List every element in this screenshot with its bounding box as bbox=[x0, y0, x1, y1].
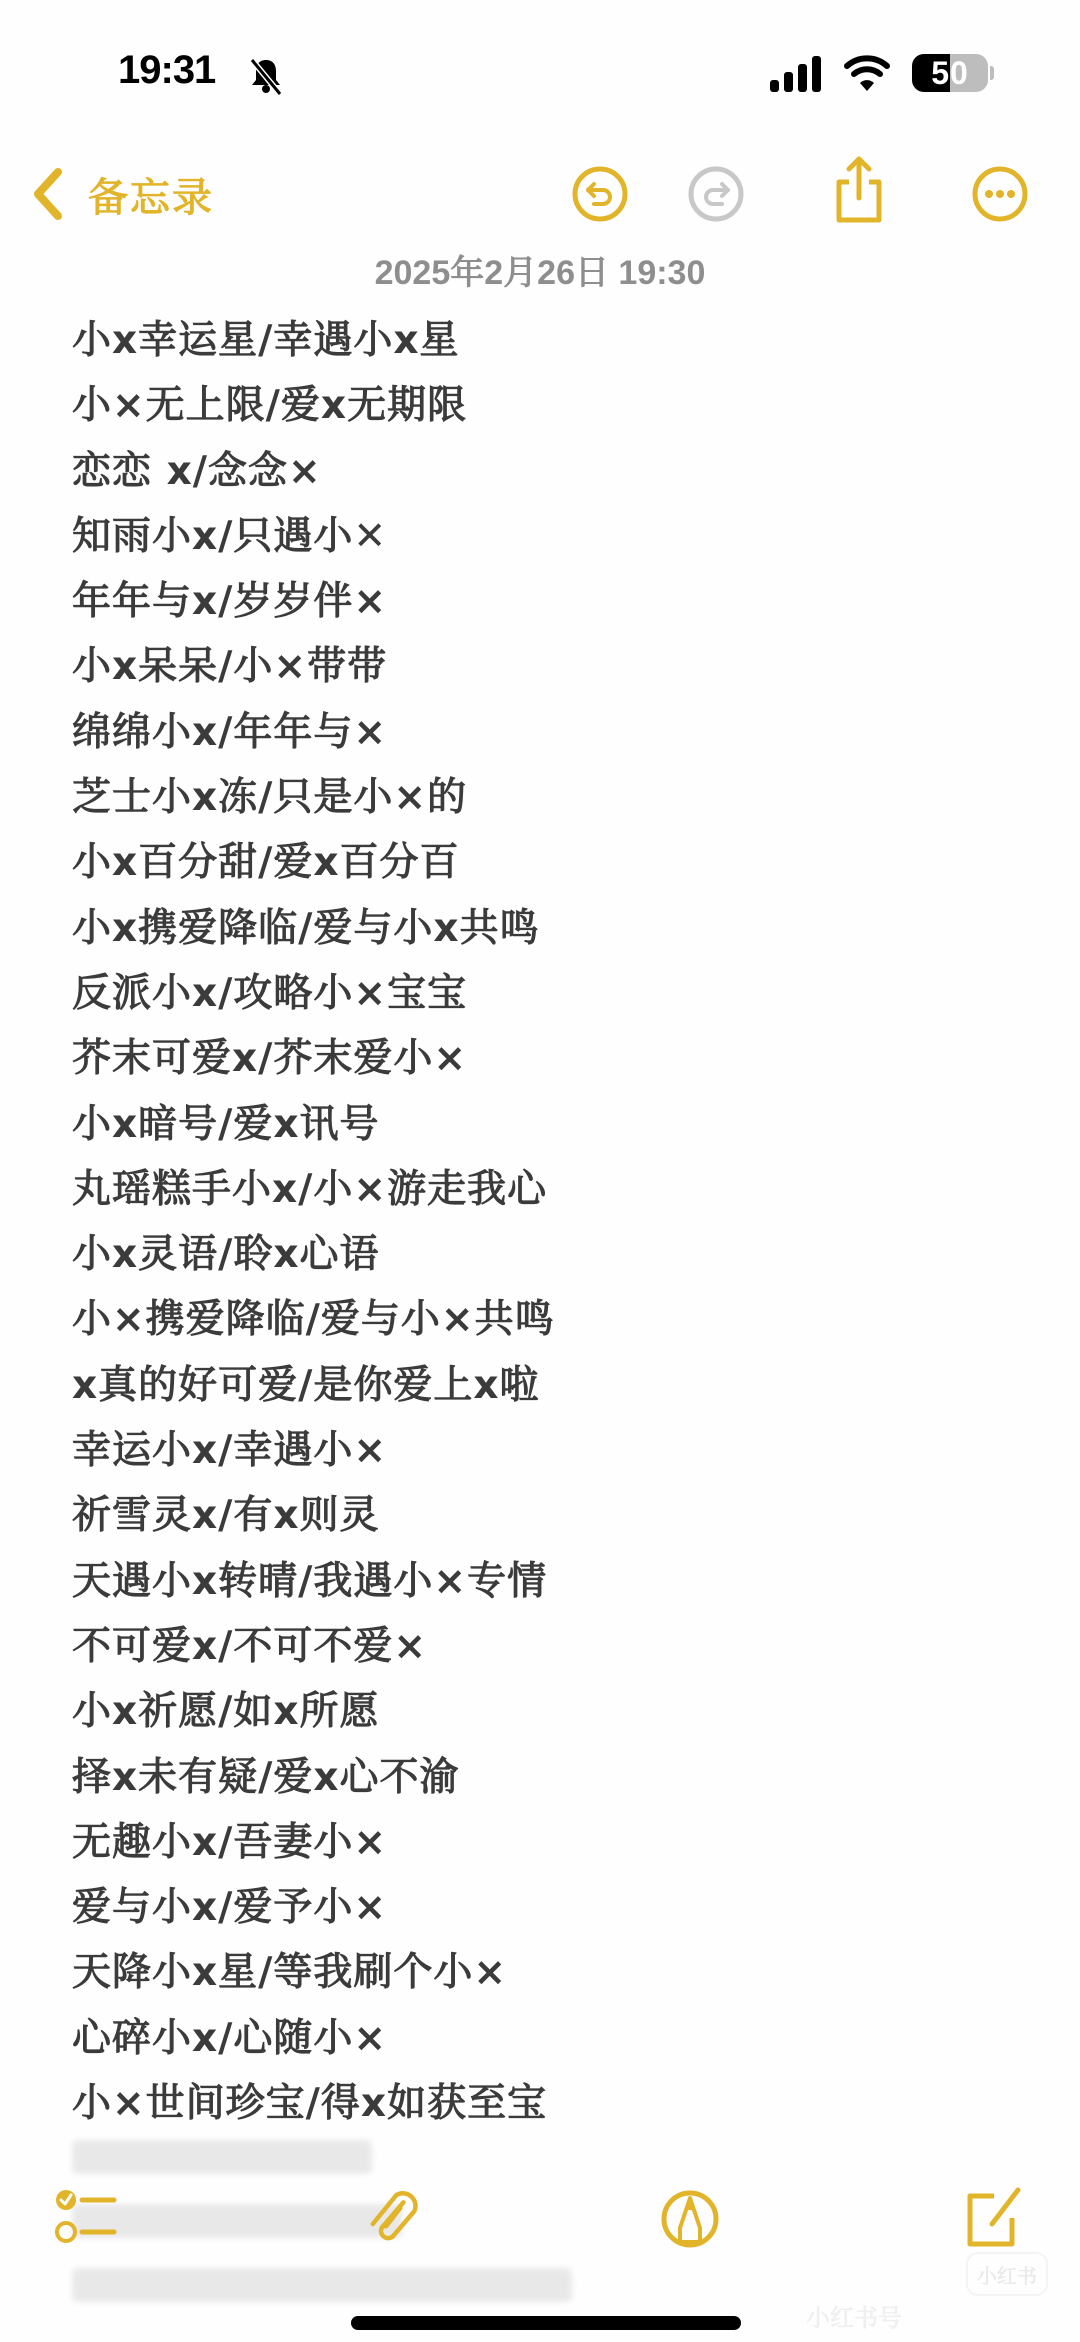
bell-slash-icon bbox=[246, 56, 286, 96]
note-line: 小x幸运星/幸遇小x星 bbox=[72, 310, 1032, 375]
share-icon[interactable] bbox=[829, 154, 889, 226]
note-line: 恋恋 x/念念× bbox=[72, 441, 1032, 506]
status-bar: 19:31 50 bbox=[0, 0, 1080, 130]
note-line: 绵绵小x/年年与× bbox=[72, 702, 1032, 767]
note-line: 天遇小x转晴/我遇小×专情 bbox=[72, 1551, 1032, 1616]
status-time: 19:31 bbox=[118, 48, 215, 93]
note-line: 小x百分甜/爱x百分百 bbox=[72, 832, 1032, 897]
faded-line bbox=[72, 2140, 372, 2174]
bottom-toolbar bbox=[0, 2170, 1080, 2270]
note-line: 无趣小x/吾妻小× bbox=[72, 1812, 1032, 1877]
notes-screen: 19:31 50 备忘录 bbox=[0, 0, 1080, 2342]
compose-icon[interactable] bbox=[956, 2184, 1026, 2254]
cellular-signal-icon bbox=[770, 54, 826, 94]
battery-percent: 50 bbox=[912, 54, 988, 92]
note-line: 小×携爱降临/爱与小×共鸣 bbox=[72, 1289, 1032, 1354]
note-line: 芥末可爱x/芥末爱小× bbox=[72, 1028, 1032, 1093]
note-line: 芝士小x冻/只是小×的 bbox=[72, 767, 1032, 832]
note-line: 幸运小x/幸遇小× bbox=[72, 1420, 1032, 1485]
note-line: 丸瑶糕手小x/小×游走我心 bbox=[72, 1159, 1032, 1224]
note-date: 2025年2月26日 19:30 bbox=[0, 245, 1080, 294]
battery-indicator: 50 bbox=[912, 54, 988, 92]
note-line: 知雨小x/只遇小✕ bbox=[72, 506, 1032, 571]
note-line: 祈雪灵x/有x则灵 bbox=[72, 1485, 1032, 1550]
note-line: x真的好可爱/是你爱上x啦 bbox=[72, 1355, 1032, 1420]
note-line: 小x呆呆/小×带带 bbox=[72, 636, 1032, 701]
note-line: 小x祈愿/如x所愿 bbox=[72, 1681, 1032, 1746]
note-line: 小×无上限/爱x无期限 bbox=[72, 375, 1032, 440]
undo-icon[interactable] bbox=[570, 164, 630, 224]
chevron-left-icon bbox=[28, 166, 68, 222]
redo-icon[interactable] bbox=[686, 164, 746, 224]
home-indicator[interactable] bbox=[351, 2316, 741, 2330]
checklist-icon[interactable] bbox=[52, 2184, 122, 2254]
note-line: 小×世间珍宝/得x如获至宝 bbox=[72, 2073, 1032, 2138]
note-line: 小x灵语/聆x心语 bbox=[72, 1224, 1032, 1289]
note-line: 心碎小x/心随小× bbox=[72, 2008, 1032, 2073]
note-line: 年年与x/岁岁伴× bbox=[72, 571, 1032, 636]
note-line: 爱与小x/爱予小× bbox=[72, 1877, 1032, 1942]
faded-line bbox=[72, 2268, 572, 2302]
nav-bar: 备忘录 bbox=[0, 150, 1080, 240]
note-line: 择x未有疑/爱x心不渝 bbox=[72, 1747, 1032, 1812]
note-line: 不可爱x/不可不爱× bbox=[72, 1616, 1032, 1681]
pen-circle-icon[interactable] bbox=[655, 2184, 725, 2254]
back-button[interactable]: 备忘录 bbox=[28, 164, 214, 224]
note-line: 小x携爱降临/爱与小x共鸣 bbox=[72, 898, 1032, 963]
watermark-logo: 小红书 bbox=[966, 2252, 1048, 2296]
ellipsis-circle-icon[interactable] bbox=[970, 164, 1030, 224]
note-line: 反派小x/攻略小×宝宝 bbox=[72, 963, 1032, 1028]
note-body[interactable]: 小x幸运星/幸遇小x星 小×无上限/爱x无期限 恋恋 x/念念× 知雨小x/只遇… bbox=[72, 310, 1032, 2138]
paperclip-icon[interactable] bbox=[360, 2184, 430, 2254]
note-line: 天降小x星/等我刷个小× bbox=[72, 1942, 1032, 2007]
wifi-icon bbox=[843, 52, 891, 94]
battery-nub bbox=[990, 66, 994, 80]
note-line: 小x暗号/爱x讯号 bbox=[72, 1094, 1032, 1159]
back-label: 备忘录 bbox=[88, 166, 214, 223]
watermark-label: 小红书号 bbox=[806, 2298, 902, 2333]
